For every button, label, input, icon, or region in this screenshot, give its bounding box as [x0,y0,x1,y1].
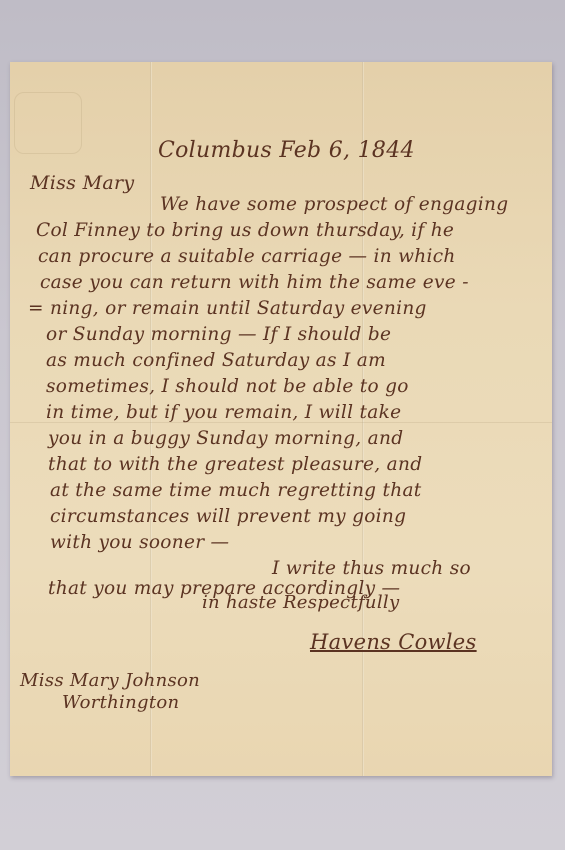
letter-body-line: = ning, or remain until Saturday evening [28,298,427,319]
letter-salutation: Miss Mary [30,172,134,194]
letter-body-line: as much confined Saturday as I am [46,350,386,371]
address-recipient: Miss Mary Johnson [20,670,200,691]
letter-signature: Havens Cowles [310,630,477,654]
letter-body-line: case you can return with him the same ev… [40,272,469,293]
letter-body-line: or Sunday morning — If I should be [46,324,391,345]
paper-embossed-mark [14,92,82,154]
letter-paper: Columbus Feb 6, 1844 Miss Mary We have s… [10,62,552,776]
letter-body-line: Col Finney to bring us down thursday, if… [36,220,454,241]
address-town: Worthington [62,692,179,713]
letter-body-line: you in a buggy Sunday morning, and [48,428,403,449]
letter-body-line: in time, but if you remain, I will take [46,402,401,423]
letter-body-line: at the same time much regretting that [50,480,422,501]
letter-body-line: sometimes, I should not be able to go [46,376,409,397]
letter-body-line: circumstances will prevent my going [50,506,406,527]
letter-body-line: with you sooner — [50,532,229,553]
letter-body-line: I write thus much so [272,558,471,579]
letter-body-line: can procure a suitable carriage — in whi… [38,246,456,267]
letter-body-line: We have some prospect of engaging [160,194,508,215]
letter-closing: in haste Respectfully [202,592,399,613]
letter-body-line: that to with the greatest pleasure, and [48,454,422,475]
letter-dateline: Columbus Feb 6, 1844 [158,138,415,163]
